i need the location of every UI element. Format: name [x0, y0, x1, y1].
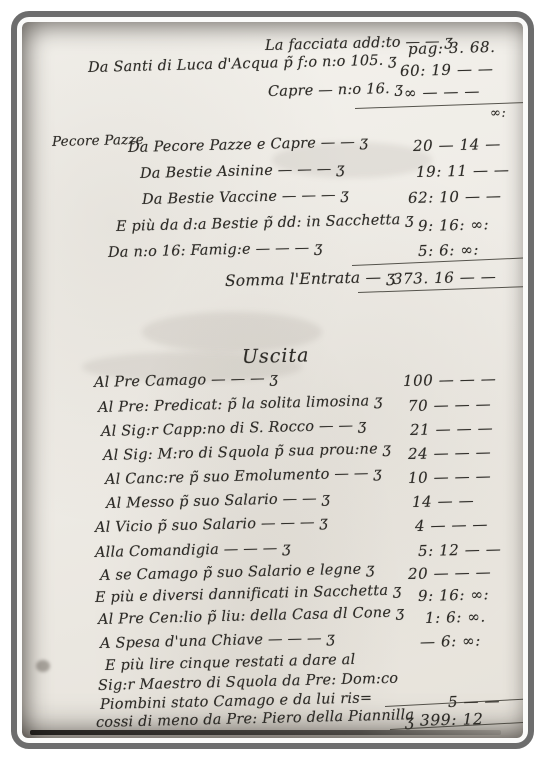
- uscita-row-amount: 9: 16: ∞:: [418, 585, 490, 605]
- uscita-row-amount: 21 — — —: [410, 419, 494, 439]
- carryover-amount: ∞ — — —: [404, 82, 480, 102]
- carryover-text: Capre — n:o 16. ʒ: [268, 81, 403, 100]
- uscita-row-amount: 1: 6: ∞.: [425, 608, 486, 627]
- page-edge-shadow: [30, 730, 501, 735]
- carryover-amount: ∞:: [490, 106, 507, 121]
- uscita-title: Uscita: [242, 344, 310, 368]
- uscita-row-text: Al Pre: Predicat: p̃ la solita limosina …: [98, 393, 383, 416]
- entrata-row-amount: 62: 10 — —: [408, 187, 502, 207]
- uscita-row-amount: 24 — — —: [408, 443, 492, 463]
- carryover-amount: pag: 3. 68.: [408, 38, 496, 58]
- uscita-row-amount: 10 — — —: [408, 467, 492, 487]
- uscita-row-text: Al Vicio p̃ suo Salario — — — ʒ: [95, 514, 328, 536]
- uscita-row-amount: 14 — —: [412, 491, 475, 511]
- scan-frame: La facciata add:to — — ʒ pag: 3. 68. Da …: [11, 11, 534, 749]
- uscita-row-text: Al Messo p̃ suo Salario — — ʒ: [106, 491, 330, 512]
- uscita-row-text: Alla Comandigia — — — ʒ: [95, 540, 291, 561]
- entrata-row-amount: 9: 16: ∞:: [418, 215, 490, 235]
- entrata-row-text: Da Bestie Vaccine — — — ʒ: [142, 187, 349, 208]
- closing-line: E più lire cinque restati a dare al: [105, 652, 356, 674]
- uscita-row-text: Al Canc:re p̃ suo Emolumento — — ʒ: [105, 465, 382, 488]
- somma-entrata-amount: 373. 16 — —: [393, 267, 497, 288]
- somma-entrata-label: Somma l'Entrata — ʒ: [225, 268, 396, 290]
- entrata-row-text: E più da d:a Bestie p̃ dd: in Sacchetta …: [116, 212, 414, 235]
- ink-blot: [36, 660, 50, 672]
- uscita-row-text: A se Camago p̃ suo Salario e legne ʒ: [100, 561, 375, 584]
- uscita-row-text: Al Pre Camago — — — ʒ: [94, 371, 278, 391]
- uscita-row-amount: 20 — — —: [408, 563, 492, 583]
- entrata-row-amount: 5: 6: ∞:: [418, 241, 480, 260]
- uscita-row-text: Al Sig:r Capp:no di S. Rocco — — ʒ: [101, 418, 367, 440]
- entrata-row-amount: 19: 11 — —: [416, 161, 510, 181]
- uscita-row-amount: 70 — — —: [408, 395, 492, 415]
- manuscript-page: La facciata add:to — — ʒ pag: 3. 68. Da …: [22, 22, 523, 738]
- uscita-row-text: Al Pre Cen:lio p̃ liu: della Casa dl Con…: [98, 605, 405, 628]
- uscita-row-amount: 4 — — —: [415, 515, 488, 535]
- entrata-row-amount: 20 — 14 —: [413, 135, 501, 155]
- entrata-row-text: Da Bestie Asinine — — — ʒ: [140, 161, 345, 182]
- entrata-row-text: Da n:o 16: Famig:e — — — ʒ: [108, 240, 323, 261]
- uscita-row-amount: — 6: ∞:: [420, 632, 481, 651]
- carryover-amount: 60: 19 — —: [400, 60, 494, 80]
- uscita-row-amount: 5: 12 — —: [418, 540, 502, 560]
- uscita-row-text: E più e diversi dannificati in Sacchetta…: [95, 583, 402, 606]
- uscita-row-text: Al Sig: M:ro di Squola p̃ sua prou:ne ʒ: [103, 441, 391, 464]
- uscita-row-text: A Spesa d'una Chiave — — — ʒ: [100, 630, 335, 652]
- uscita-row-amount: 100 — — —: [403, 370, 497, 390]
- carryover-text: Da Santi di Luca d'Acqua p̃ f:o n:o 105.…: [88, 52, 397, 76]
